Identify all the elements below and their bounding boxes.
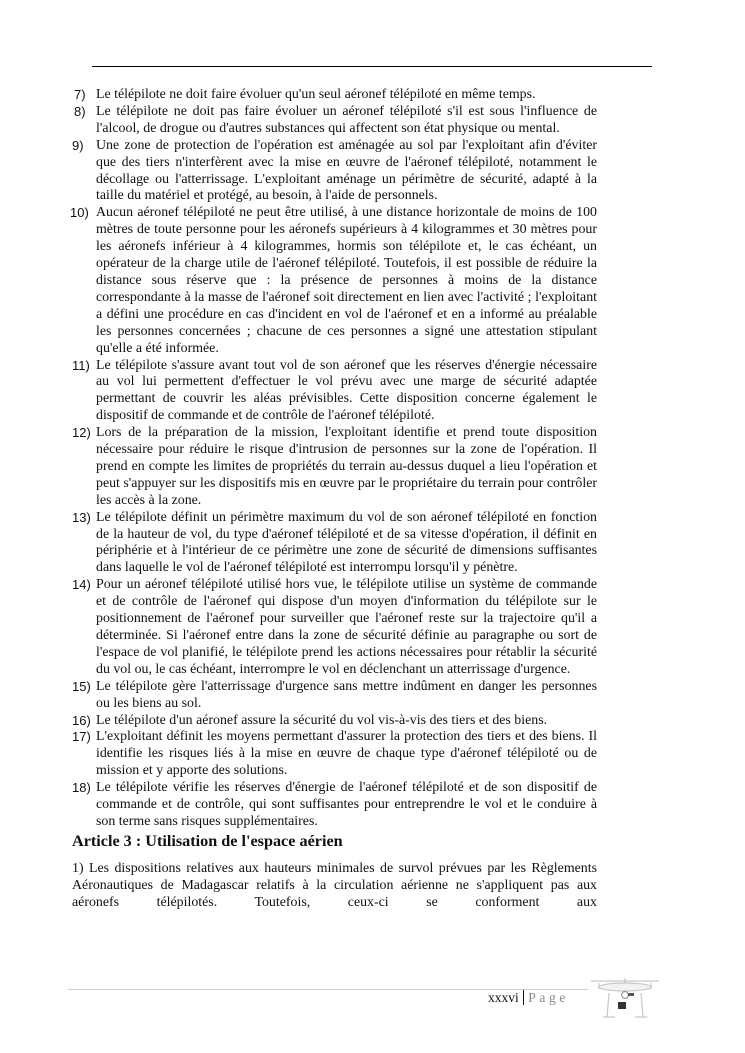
list-item-11: 11) Le télépilote s'assure avant tout vo… <box>72 358 597 426</box>
document-body: 7) Le télépilote ne doit faire évoluer q… <box>72 87 597 912</box>
list-number: 13) <box>72 510 91 527</box>
list-number: 16) <box>72 713 91 730</box>
list-item-7: 7) Le télépilote ne doit faire évoluer q… <box>72 87 597 104</box>
list-number: 18) <box>72 780 91 797</box>
list-text: Le télépilote gère l'atterrissage d'urge… <box>96 679 597 711</box>
list-text: Le télépilote vérifie les réserves d'éne… <box>96 780 597 829</box>
list-text: Lors de la préparation de la mission, l'… <box>96 425 597 508</box>
list-number: 9) <box>72 138 84 155</box>
list-item-10: 10) Aucun aéronef télépiloté ne peut êtr… <box>72 205 597 357</box>
list-text: Le télépilote ne doit pas faire évoluer … <box>96 104 597 136</box>
list-item-9: 9) Une zone de protection de l'opération… <box>72 138 597 206</box>
list-number: 11) <box>72 358 90 375</box>
list-number: 15) <box>72 679 91 696</box>
list-text: Le télépilote d'un aéronef assure la séc… <box>96 713 547 728</box>
list-number: 10) <box>70 205 89 222</box>
list-number: 7) <box>74 87 86 104</box>
list-text: Le télépilote définit un périmètre maxim… <box>96 510 597 576</box>
list-number: 14) <box>72 577 91 594</box>
list-item-17: 17) L'exploitant définit les moyens perm… <box>72 729 597 780</box>
list-item-12: 12) Lors de la préparation de la mission… <box>72 425 597 510</box>
list-text: L'exploitant définit les moyens permetta… <box>96 729 597 778</box>
list-item-13: 13) Le télépilote définit un périmètre m… <box>72 510 597 578</box>
list-text: Le télépilote s'assure avant tout vol de… <box>96 358 597 424</box>
list-number: 17) <box>72 729 91 746</box>
list-item-14: 14) Pour un aéronef télépiloté utilisé h… <box>72 577 597 678</box>
page-number-value: xxxvi <box>488 990 519 1005</box>
list-number: 12) <box>72 425 91 442</box>
list-text: Le télépilote ne doit faire évoluer qu'u… <box>96 87 536 102</box>
header-rule <box>92 66 652 67</box>
list-item-15: 15) Le télépilote gère l'atterrissage d'… <box>72 679 597 713</box>
page-label: Page <box>528 990 569 1005</box>
page-separator <box>523 990 525 1005</box>
list-item-16: 16) Le télépilote d'un aéronef assure la… <box>72 713 597 730</box>
drone-icon <box>585 973 665 1028</box>
list-text: Aucun aéronef télépiloté ne peut être ut… <box>96 205 597 355</box>
article-paragraph: 1) Les dispositions relatives aux hauteu… <box>72 860 597 912</box>
list-item-8: 8) Le télépilote ne doit pas faire évolu… <box>72 104 597 138</box>
page-number: xxxviPage <box>488 990 569 1006</box>
list-text: Une zone de protection de l'opération es… <box>96 138 597 204</box>
article-heading: Article 3 : Utilisation de l'espace aéri… <box>72 832 597 851</box>
list-item-18: 18) Le télépilote vérifie les réserves d… <box>72 780 597 831</box>
list-text: Pour un aéronef télépiloté utilisé hors … <box>96 577 597 677</box>
list-number: 8) <box>74 104 86 121</box>
